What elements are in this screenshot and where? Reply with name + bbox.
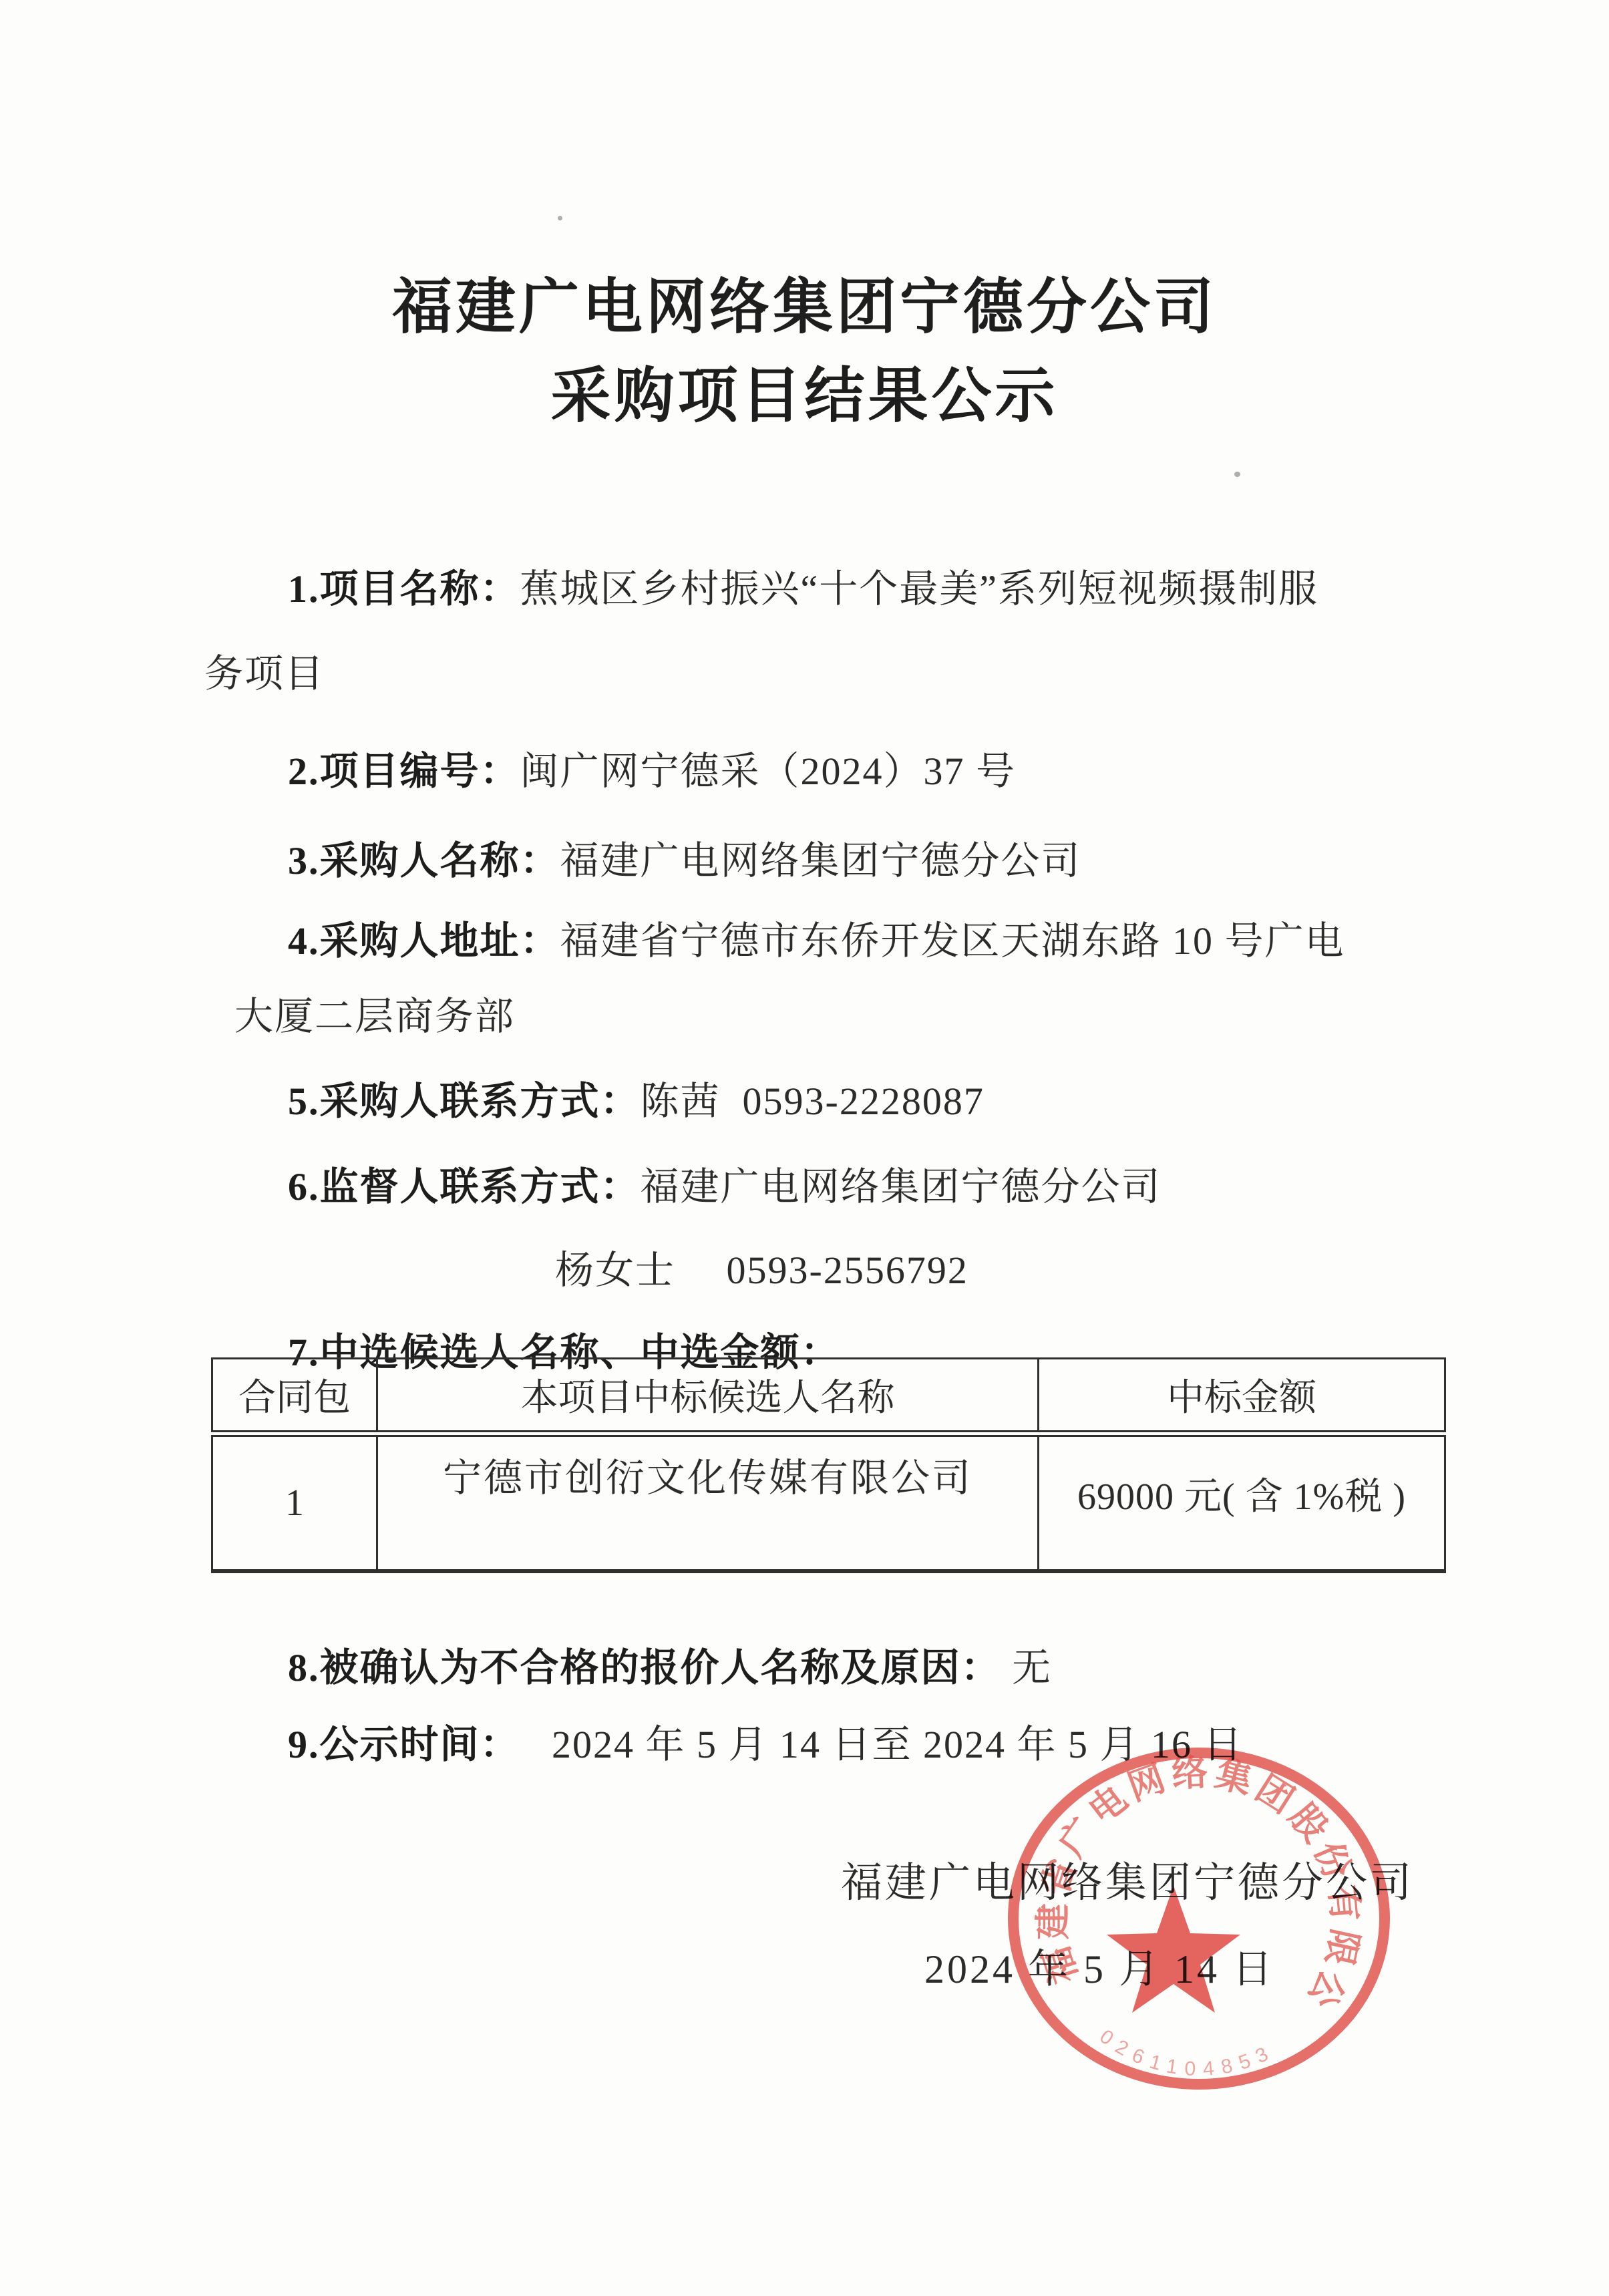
page-title-line2: 采购项目结果公示	[27, 366, 1582, 426]
item-8-label: 8.被确认为不合格的报价人名称及原因：	[288, 1646, 1001, 1689]
header-amount: 中标金额	[1039, 1359, 1445, 1434]
item-9-label: 9.公示时间：	[288, 1723, 501, 1766]
header-package: 合同包	[212, 1359, 377, 1434]
document-page: 福建广电网络集团宁德分公司 采购项目结果公示 1.项目名称：蕉城区乡村振兴“十个…	[0, 0, 1609, 2296]
table-header-row: 合同包 本项目中标候选人名称 中标金额	[212, 1359, 1445, 1434]
svg-text:0261104853: 0261104853	[1095, 2025, 1278, 2080]
scan-speck	[1234, 472, 1240, 477]
item-8-value: 无	[1001, 1646, 1053, 1689]
item-3-label: 3.采购人名称：	[288, 839, 560, 882]
scan-speck	[558, 216, 562, 220]
header-candidate: 本项目中标候选人名称	[377, 1359, 1039, 1434]
item-4-label: 4.采购人地址：	[288, 919, 560, 963]
item-1-value: 蕉城区乡村振兴“十个最美”系列短视频摄制服	[520, 567, 1319, 611]
cell-candidate: 宁德市创衍文化传媒有限公司	[377, 1434, 1039, 1571]
item-6-label: 6.监督人联系方式：	[288, 1165, 641, 1208]
cell-amount: 69000 元( 含 1%税 )	[1039, 1434, 1445, 1571]
signature-company: 福建广电网络集团宁德分公司	[841, 1862, 1414, 1904]
item-5-label: 5.采购人联系方式：	[288, 1080, 641, 1123]
item-5-value: 陈茜 0593-2228087	[641, 1080, 985, 1123]
table-row: 1 宁德市创衍文化传媒有限公司 69000 元( 含 1%税 )	[212, 1434, 1445, 1571]
item-1-label: 1.项目名称：	[288, 567, 520, 611]
item-1-project-name: 1.项目名称：蕉城区乡村振兴“十个最美”系列短视频摄制服	[244, 531, 1318, 647]
item-6-value: 福建广电网络集团宁德分公司	[641, 1165, 1161, 1208]
item-2-label: 2.项目编号：	[288, 750, 520, 793]
award-result-table: 合同包 本项目中标候选人名称 中标金额 1 宁德市创衍文化传媒有限公司 6900…	[211, 1357, 1446, 1573]
seal-serial-number: 0261104853	[1095, 2025, 1278, 2080]
item-4-value: 福建省宁德市东侨开发区天湖东路 10 号广电	[560, 919, 1345, 963]
item-9-value: 2024 年 5 月 14 日至 2024 年 5 月 16 日	[501, 1723, 1244, 1766]
item-3-value: 福建广电网络集团宁德分公司	[560, 839, 1081, 882]
cell-package: 1	[212, 1434, 377, 1571]
page-title-line1: 福建广电网络集团宁德分公司	[27, 277, 1582, 337]
signature-date: 2024 年 5 月 14 日	[924, 1949, 1275, 1989]
item-2-value: 闽广网宁德采（2024）37 号	[520, 750, 1017, 793]
item-9-publicity-period: 9.公示时间： 2024 年 5 月 14 日至 2024 年 5 月 16 日	[244, 1687, 1244, 1803]
